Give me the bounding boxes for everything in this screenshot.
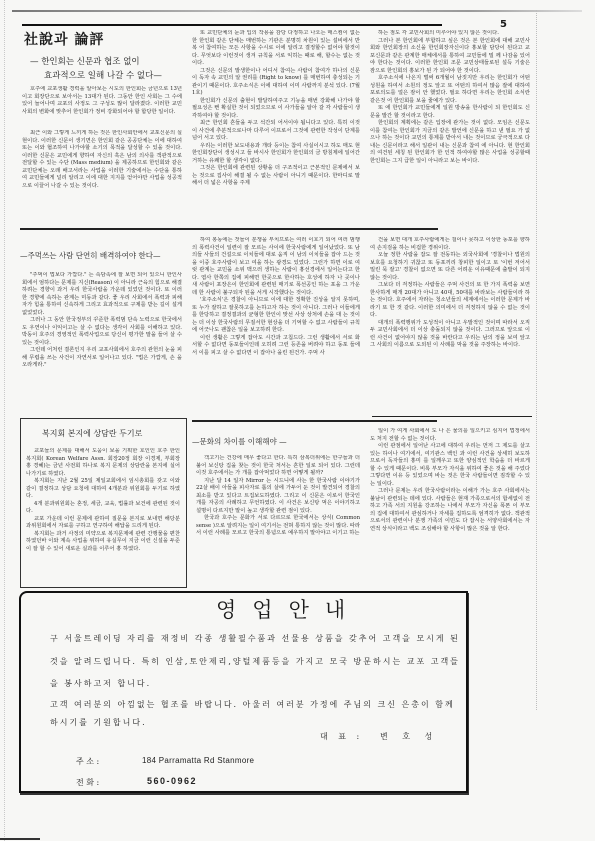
section-title: 社說과 論評 bbox=[24, 29, 104, 49]
fist-article-headline: —주먹쓰는 사람 단연히 배격하여야 한다— bbox=[20, 250, 160, 261]
paragraph: 호주소식에 나온지 벌써 6개월이 남짓지만 우리는 한인회가 어떤 성원을 하… bbox=[370, 75, 530, 105]
ad-line-5: 하시기를 기원합니다. bbox=[50, 717, 147, 728]
ad-representative-name: 변 호 성 bbox=[380, 731, 438, 742]
fist-article-column-1: "주먹이 법보다 가깝다." 는 속담속에 잘 보면 되어 있으니 한인사회에서… bbox=[22, 272, 182, 412]
paragraph: 그러나 본 한인회에 부합하고 싶은 것은 본 한인회에 대해 교민사회와 한인… bbox=[370, 38, 530, 76]
paragraph: 4개 분과위원회는 혼정, 세금, 교육, 법률과 보건에 관련된 것이다. bbox=[26, 501, 180, 516]
paragraph: 그것은 신문의 발생한이나 어디서 참여는 사람이 참여가 하나의 신문이 독자… bbox=[192, 68, 360, 98]
paragraph: 한인회가 신문의 출현이 발달하여주고 기능을 매번 강화해 나가야 할 필요성… bbox=[192, 98, 360, 121]
paragraph: 건을 보면 대개 호주사람에게는 걸이나 못하고 이상한 동포를 향하여 손지검… bbox=[370, 237, 530, 252]
paragraph: 교포들의 문제를 대해서 도움이 보을 기획한 호인인 호주 한인 복지회( K… bbox=[26, 448, 180, 478]
column-divider-right bbox=[372, 416, 532, 417]
ad-phone: 560-0962 bbox=[147, 776, 197, 786]
culture-article-column-2: 일이 가 여게 사회에서 도 나 은 물의를 일으키고 심지어 법정에서도 처지… bbox=[370, 428, 530, 583]
ad-line-2: 것을 알려드립니다. 특히 인삼,토안제리,양털제품등을 가지고 모국 방문하시… bbox=[50, 656, 460, 667]
paragraph: 지난 달 14 일자 Mirror 는 시드니에 사는 한 한국사람 이야기가 … bbox=[196, 478, 360, 516]
ad-representative-label: 대 표 : bbox=[320, 731, 363, 742]
paragraph: 복지회는 과거 사정의 미약으로 복지문제에 관련 간행물을 편찬하였던바 이와… bbox=[26, 531, 180, 554]
top-scan-line bbox=[12, 10, 582, 12]
ad-line-3: 을 봉사하고저 합니다. bbox=[50, 678, 151, 689]
section-divider-2 bbox=[192, 420, 437, 422]
fist-article-column-3: 건을 보면 대개 호주사람에게는 걸이나 못하고 이상한 동포를 향하여 손지검… bbox=[370, 237, 530, 412]
paragraph: 교포 가운데 이런 문제에 관하여 질문을 본지로 보내면 해당분과위원회에서 … bbox=[26, 516, 180, 531]
paragraph: 그보다 더 걱정하는 사람들은 주먹 사건의 또 한 가지 폭력을 보면 한사하… bbox=[370, 282, 530, 320]
editorial-column-1-cont: 최근 이와 그렇게 느끼게 하는 것은 한인사회안에서 교포신문의 실현이다. … bbox=[22, 130, 182, 220]
paragraph: 호주에 교포생활 경력을 알아보는 시도의 한인회는 금년으로 13년이고 회장… bbox=[22, 86, 182, 116]
paragraph: 그러나 그 동안 한국정부의 꾸준한 폭력범 단속 노력으로 한국에서도 우연이… bbox=[22, 317, 182, 347]
fist-article-column-2: 하여 봉동에는 것들이 분쟁을 부치므로는 여러 이호기 되어 여러 범행의 폭… bbox=[192, 237, 360, 412]
paragraph: 한국과 호주는 문화가 서로 다르므로 한국에서는 상식( Common sen… bbox=[196, 515, 360, 538]
welfare-headline: 복지회 본지에 상담란 두기로 bbox=[42, 428, 142, 439]
section-divider-1 bbox=[20, 228, 438, 230]
paragraph: 최근 이와 그렇게 느끼게 하는 것은 한인사회안에서 교포신문의 실현이다. … bbox=[22, 130, 182, 190]
ad-address-label: 주 소 : bbox=[76, 756, 99, 767]
editorial-headline-line2: 효과적으로 일해 나갈 수 없다— bbox=[44, 69, 162, 81]
editorial-column-1: 호주에 교포생활 경력을 알아보는 시도의 한인회는 금년으로 13년이고 회장… bbox=[22, 86, 182, 130]
paragraph: 또 교민단체의 눈과 입의 작용을 감당 다정하고 나오는 매스컴이 없는 한 … bbox=[192, 30, 360, 68]
paragraph: 오늘 정한 사람을 잡도 잘 전동하는 외국사회에 '경찰이나 법원의 보호를 … bbox=[370, 252, 530, 282]
business-notice-title: 영업안내 bbox=[216, 594, 361, 624]
paragraph: "주먹이 법보다 가깝다." 는 속담속에 잘 보면 되어 있으니 한인사회에서… bbox=[22, 272, 182, 317]
paragraph: 그런데 어처런 결론인지 우리 교포사회에서 호주의 관헌의 눈을 피해 무렵을… bbox=[22, 347, 182, 370]
paragraph: 우리는 이러한 보도내용과 개타 등이는 참여 사실이시고 하도 매도 현 한인… bbox=[192, 143, 360, 166]
scan-bottom-mark bbox=[0, 838, 40, 840]
paragraph: 복지회는 지난 2월 25일 제일교회에서 임시총회를 갖고 이와 같이 결정하… bbox=[26, 478, 180, 501]
editorial-column-2: 또 교민단체의 눈과 입의 작용을 감당 다정하고 나오는 매스컴이 없는 한 … bbox=[192, 30, 360, 220]
page-left-edge bbox=[0, 0, 5, 841]
welfare-body: 교포들의 문제를 대해서 도움이 보을 기획한 호인인 호주 한인 복지회( K… bbox=[26, 448, 180, 582]
paragraph: '호주소식'은 경찰이 아니므로 이에 대한 정확한 진상을 알지 못하며, 또… bbox=[192, 297, 360, 335]
paragraph: 그러나 문제는 우리 한국사람이라는 이해가 가는 호주 사회에서는 불남이 관… bbox=[370, 488, 530, 533]
ad-line-1: 구 서울트레이딩 자리를 재정비 각종 생활필수품과 선물용 상품을 갖추어 고… bbox=[50, 633, 460, 644]
paragraph: 그것은 한인회에 관련된 상황을 더 구조적이고 근본적인 문제에서 보는 것으… bbox=[192, 165, 360, 188]
paragraph: 또 에 한인회가 교민들에게 일원 방송을 한사람이 되 한인회도 신문을 발간… bbox=[370, 105, 530, 120]
paragraph: 일이 가 여게 사회에서 도 나 은 물의를 일으키고 심지어 법정에서도 처지… bbox=[370, 428, 530, 443]
masthead-rule bbox=[22, 24, 442, 26]
paragraph: 하는 점도 각 교민사회의 미루어야 있지 않은 것이다. bbox=[370, 30, 530, 38]
editorial-headline-line1: — 한인회는 신문과 협조 없이 bbox=[30, 55, 140, 67]
culture-article-headline: —문화의 차이를 이해해야 — bbox=[192, 436, 287, 447]
paragraph: 이런 관점에서 일어난 사고에 대하여 우리는 먼저 그 제도를 살고 있는 하… bbox=[370, 443, 530, 488]
ad-phone-label: 전 화 : bbox=[76, 777, 99, 788]
page-number: 5 bbox=[500, 19, 507, 30]
paragraph: 최근 한인회 흔들을 두고 석간되 어서이야 됩니다고 있다. 특히 이것이 사… bbox=[192, 120, 360, 143]
paragraph: 객고기는 건강에 매우 좋다고 한다. 특히 삼복더위에는 한구들과 더불어 보… bbox=[196, 455, 360, 478]
culture-article-column-1: 객고기는 건강에 매우 좋다고 한다. 특히 삼복더위에는 한구들과 더불어 보… bbox=[196, 455, 360, 583]
editorial-column-3: 하는 점도 각 교민사회의 미루어야 있지 않은 것이다.그러나 본 한인회에 … bbox=[370, 30, 530, 220]
paragraph: 하여 봉동에는 것들이 분쟁을 부치므로는 여러 이호기 되어 여러 범행의 폭… bbox=[192, 237, 360, 297]
ad-line-4: 고객 여러분의 아낌없는 협조를 바랍니다. 아울러 여러분 가정에 주님의 크… bbox=[50, 699, 455, 710]
ad-address: 184 Parramatta Rd Stanmore bbox=[142, 756, 254, 765]
paragraph: 이런 생활은 그렇게 잡아도 시간과 고칩드다. 그런 생활에서 서로 화서할 … bbox=[192, 335, 360, 358]
paragraph: 대개의 폭력행위가 도성적이 아니고 우발적인 것이며 따라서 오직 두 교민사… bbox=[370, 320, 530, 350]
right-margin-dotted-line bbox=[536, 10, 538, 710]
paragraph: 한인회의 계획에는 같은 입장에 관가는 것이 없다. 모임은 신문도 이를 참… bbox=[370, 120, 530, 165]
